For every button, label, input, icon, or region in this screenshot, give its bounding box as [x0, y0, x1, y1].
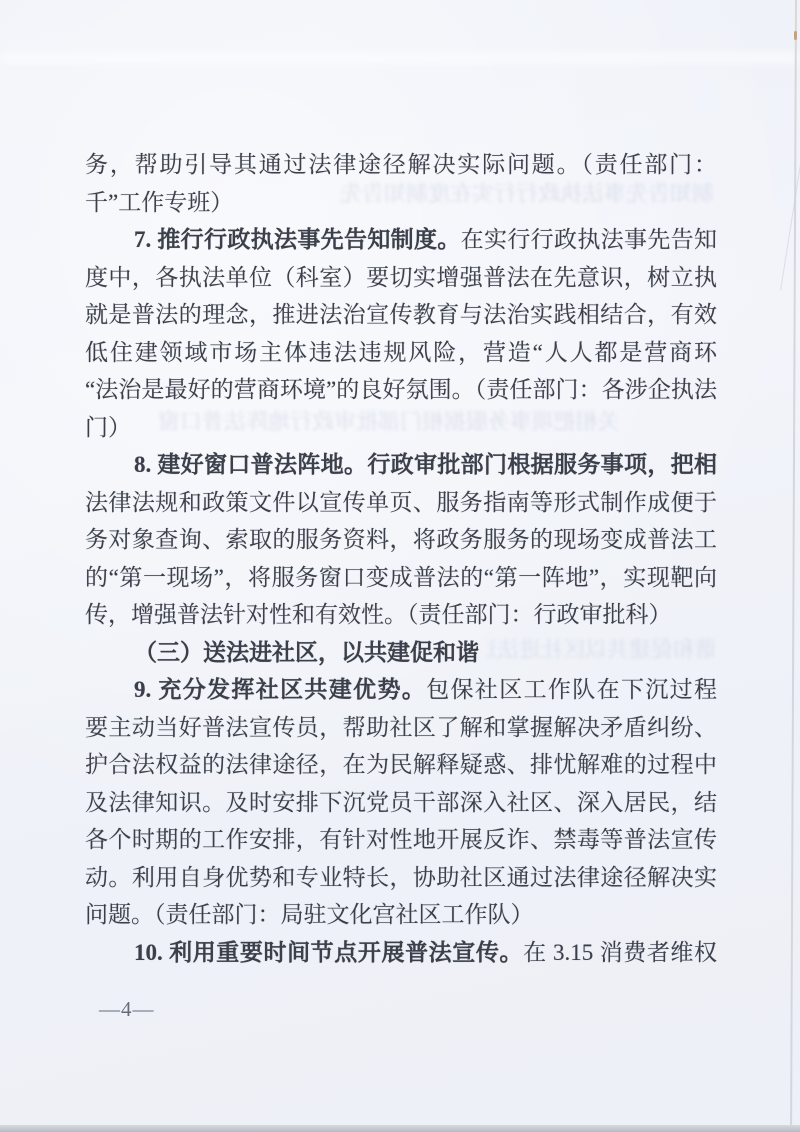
page-corner-edge-artifact	[780, 0, 800, 290]
line-regular-text: 度中，各执法单位（科室）要切实增强普法在先意识，树立执法	[85, 265, 717, 297]
line-bold-text: 9. 充分发挥社区共建优势。	[134, 677, 426, 702]
line-regular-text: 低住建领域市场主体违法违规风险，营造“人人都是营商环境”、	[85, 340, 717, 372]
document-line: 问题。（责任部门：局驻文化宫社区工作队）	[85, 896, 717, 934]
line-regular-text: “法治是最好的营商环境”的良好氛围。（责任部门：各涉企执法部	[85, 377, 717, 409]
document-line: 传，增强普法针对性和有效性。（责任部门：行政审批科）	[85, 596, 717, 634]
document-line: 8. 建好窗口普法阵地。行政审批部门根据服务事项，把相关	[85, 446, 717, 484]
document-line: 9. 充分发挥社区共建优势。包保社区工作队在下沉过程中，	[85, 671, 717, 709]
line-regular-text: 要主动当好普法宣传员，帮助社区了解和掌握解决矛盾纠纷、维	[85, 715, 717, 747]
scan-light-band	[0, 52, 800, 64]
document-line: 的“第一现场”，将服务窗口变成普法的“第一阵地”，实现靶向宣	[85, 559, 717, 597]
document-line: 务，帮助引导其通过法律途径解决实际问题。（责任部门：局“双	[85, 146, 717, 184]
scanned-document-page: 制知告先事法执政行行实在度制知告先关相把项事务服据根门部批审政行地阵法普口窗谐和…	[0, 0, 800, 1132]
document-line: 法律法规和政策文件以宣传单页、服务指南等形式制作成便于服	[85, 484, 717, 522]
line-bold-text: （三）送法进社区，以共建促和谐	[134, 640, 479, 665]
line-regular-text: 门）	[85, 415, 131, 440]
line-regular-text: 护合法权益的法律途径，在为民解释疑惑、排忧解难的过程中普	[85, 752, 717, 784]
document-body: 务，帮助引导其通过法律途径解决实际问题。（责任部门：局“双千”工作专班）7. 推…	[85, 146, 717, 971]
line-regular-text: 千”工作专班）	[85, 190, 233, 215]
document-line: 就是普法的理念，推进法治宣传教育与法治实践相结合，有效降	[85, 296, 717, 334]
document-line: 务对象查询、索取的服务资料，将政务服务的现场变成普法工作	[85, 521, 717, 559]
document-line: 10. 利用重要时间节点开展普法宣传。在 3.15 消费者维权日、	[85, 934, 717, 972]
line-bold-text: 10. 利用重要时间节点开展普法宣传。	[134, 940, 523, 965]
line-bold-text: 8. 建好窗口普法阵地。行政审批部门根据服务事项，把相关	[134, 452, 717, 484]
document-line: 度中，各执法单位（科室）要切实增强普法在先意识，树立执法	[85, 259, 717, 297]
line-regular-text: 传，增强普法针对性和有效性。（责任部门：行政审批科）	[85, 602, 672, 627]
scan-bottom-edge-artifact	[0, 1125, 800, 1132]
document-line: （三）送法进社区，以共建促和谐	[85, 634, 717, 672]
scan-edge-speck-artifact	[794, 31, 797, 40]
document-line: 门）	[85, 409, 717, 447]
document-line: “法治是最好的营商环境”的良好氛围。（责任部门：各涉企执法部	[85, 371, 717, 409]
document-line: 护合法权益的法律途径，在为民解释疑惑、排忧解难的过程中普	[85, 746, 717, 784]
line-regular-text: 问题。（责任部门：局驻文化宫社区工作队）	[85, 902, 534, 927]
document-line: 动。利用自身优势和专业特长，协助社区通过法律途径解决实际	[85, 859, 717, 897]
line-regular-text: 务对象查询、索取的服务资料，将政务服务的现场变成普法工作	[85, 527, 717, 559]
line-regular-text: 动。利用自身优势和专业特长，协助社区通过法律途径解决实际	[85, 865, 717, 897]
document-line: 低住建领域市场主体违法违规风险，营造“人人都是营商环境”、	[85, 334, 717, 372]
document-line: 要主动当好普法宣传员，帮助社区了解和掌握解决矛盾纠纷、维	[85, 709, 717, 747]
line-regular-text: 及法律知识。及时安排下沉党员干部深入社区、深入居民，结合	[85, 790, 717, 822]
document-line: 及法律知识。及时安排下沉党员干部深入社区、深入居民，结合	[85, 784, 717, 822]
page-number: —4—	[99, 997, 155, 1022]
scan-right-edge-artifact	[790, 0, 797, 1132]
line-regular-text: 法律法规和政策文件以宣传单页、服务指南等形式制作成便于服	[85, 490, 717, 522]
line-regular-text: 的“第一现场”，将服务窗口变成普法的“第一阵地”，实现靶向宣	[85, 565, 717, 597]
line-regular-text: 务，帮助引导其通过法律途径解决实际问题。（责任部门：局“双	[85, 152, 717, 184]
document-line: 千”工作专班）	[85, 184, 717, 222]
document-line: 各个时期的工作安排，有针对性地开展反诈、禁毒等普法宣传活	[85, 821, 717, 859]
line-regular-text: 就是普法的理念，推进法治宣传教育与法治实践相结合，有效降	[85, 302, 717, 334]
document-line: 7. 推行行政执法事先告知制度。在实行行政执法事先告知制	[85, 221, 717, 259]
line-regular-text: 各个时期的工作安排，有针对性地开展反诈、禁毒等普法宣传活	[85, 827, 717, 859]
line-bold-text: 7. 推行行政执法事先告知制度。	[134, 227, 461, 252]
